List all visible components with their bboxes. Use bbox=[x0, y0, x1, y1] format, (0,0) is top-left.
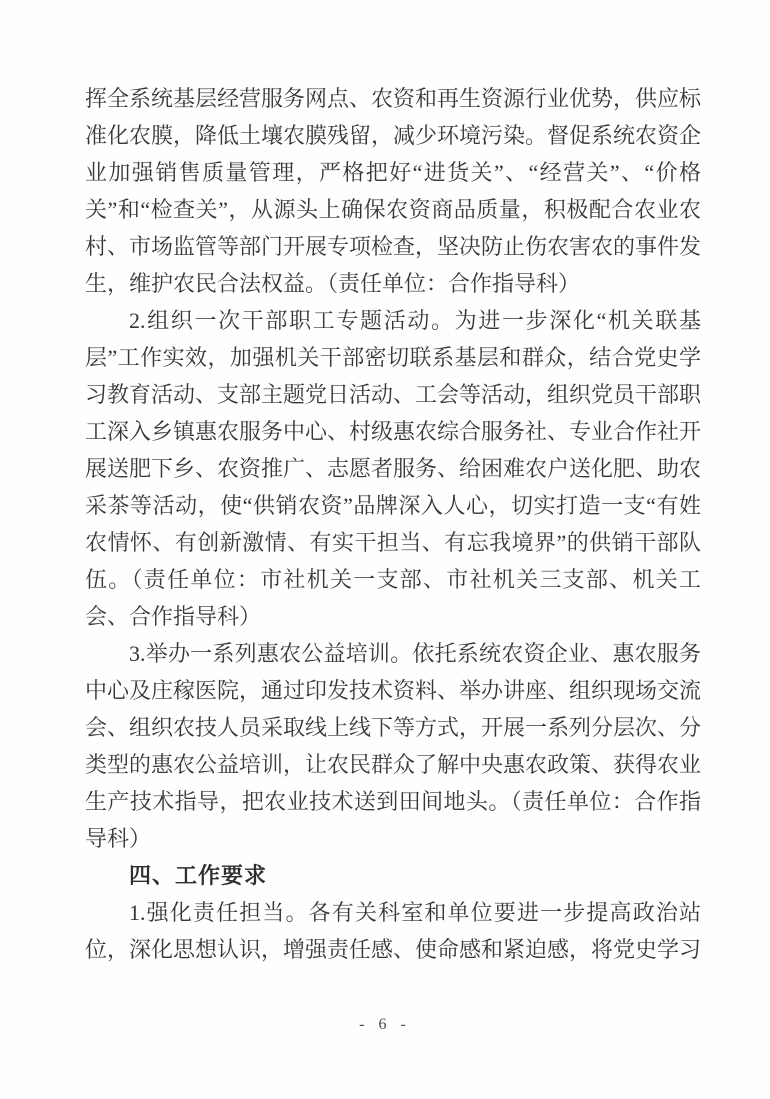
section-heading-work-requirements: 四、工作要求 bbox=[85, 857, 701, 894]
page-footer: - 6 - bbox=[0, 1016, 770, 1034]
page-number: - 6 - bbox=[359, 1016, 411, 1033]
paragraph-requirement-1: 1.强化责任担当。各有关科室和单位要进一步提高政治站位，深化思想认识，增强责任感… bbox=[85, 894, 701, 968]
paragraph-task-2: 2.组织一次干部职工专题活动。为进一步深化“机关联基层”工作实效，加强机关干部密… bbox=[85, 302, 701, 635]
paragraph-continued-from-previous-page: 挥全系统基层经营服务网点、农资和再生资源行业优势，供应标准化农膜，降低土壤农膜残… bbox=[85, 80, 701, 302]
document-page: 挥全系统基层经营服务网点、农资和再生资源行业优势，供应标准化农膜，降低土壤农膜残… bbox=[0, 0, 770, 1099]
paragraph-task-3: 3.举办一系列惠农公益培训。依托系统农资企业、惠农服务中心及庄稼医院，通过印发技… bbox=[85, 635, 701, 857]
document-body: 挥全系统基层经营服务网点、农资和再生资源行业优势，供应标准化农膜，降低土壤农膜残… bbox=[85, 80, 701, 968]
